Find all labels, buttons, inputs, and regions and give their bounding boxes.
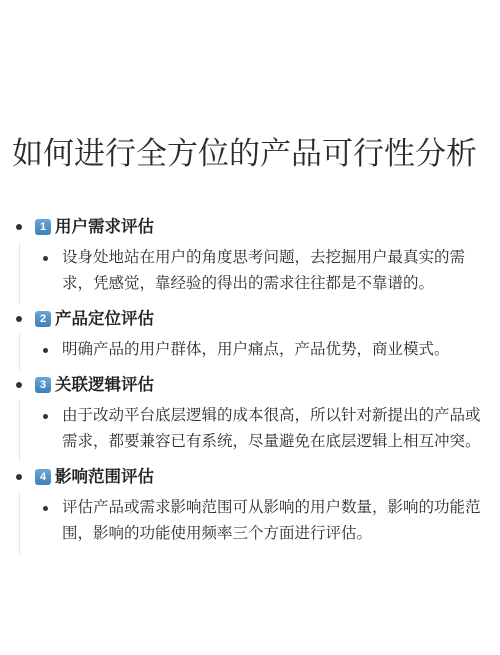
list-item: 明确产品的用户群体，用户痛点，产品优势，商业模式。 xyxy=(20,336,500,362)
section-body: 由于改动平台底层逻辑的成本很高，所以针对新提出的产品或需求，都要兼容已有系统，尽… xyxy=(19,400,500,462)
section-heading: 4 影响范围评估 xyxy=(0,462,500,492)
section-body: 明确产品的用户群体，用户痛点，产品优势，商业模式。 xyxy=(19,334,500,370)
number-3-badge-icon: 3 xyxy=(35,377,51,393)
section-heading: 1 用户需求评估 xyxy=(0,212,500,242)
number-2-badge-icon: 2 xyxy=(35,311,51,327)
list-item: 设身处地站在用户的角度思考问题，去挖掘用户最真实的需求，凭感觉，靠经验的得出的需… xyxy=(20,244,500,296)
number-1-badge-icon: 1 xyxy=(35,219,51,235)
section-title: 关联逻辑评估 xyxy=(55,373,154,397)
sub-bullet-icon xyxy=(43,414,48,419)
section-title: 用户需求评估 xyxy=(55,215,154,239)
sub-bullet-icon xyxy=(43,256,48,261)
item-text: 设身处地站在用户的角度思考问题，去挖掘用户最真实的需求，凭感觉，靠经验的得出的需… xyxy=(62,244,486,296)
list-item: 由于改动平台底层逻辑的成本很高，所以针对新提出的产品或需求，都要兼容已有系统，尽… xyxy=(20,402,500,454)
item-text: 评估产品或需求影响范围可从影响的用户数量，影响的功能范围，影响的功能使用频率三个… xyxy=(62,494,486,546)
sub-bullet-icon xyxy=(43,348,48,353)
bullet-icon xyxy=(16,316,22,322)
section-body: 评估产品或需求影响范围可从影响的用户数量，影响的功能范围，影响的功能使用频率三个… xyxy=(19,492,500,554)
bullet-icon xyxy=(16,224,22,230)
item-text: 明确产品的用户群体，用户痛点，产品优势，商业模式。 xyxy=(62,336,486,362)
section-body: 设身处地站在用户的角度思考问题，去挖掘用户最真实的需求，凭感觉，靠经验的得出的需… xyxy=(19,242,500,304)
section-positioning: 2 产品定位评估 明确产品的用户群体，用户痛点，产品优势，商业模式。 xyxy=(0,304,500,370)
evaluation-list: 1 用户需求评估 设身处地站在用户的角度思考问题，去挖掘用户最真实的需求，凭感觉… xyxy=(0,212,500,554)
section-logic: 3 关联逻辑评估 由于改动平台底层逻辑的成本很高，所以针对新提出的产品或需求，都… xyxy=(0,370,500,462)
page-title: 如何进行全方位的产品可行性分析 xyxy=(12,134,492,174)
section-title: 产品定位评估 xyxy=(55,307,154,331)
section-user-needs: 1 用户需求评估 设身处地站在用户的角度思考问题，去挖掘用户最真实的需求，凭感觉… xyxy=(0,212,500,304)
sub-bullet-icon xyxy=(43,506,48,511)
section-title: 影响范围评估 xyxy=(55,465,154,489)
item-text: 由于改动平台底层逻辑的成本很高，所以针对新提出的产品或需求，都要兼容已有系统，尽… xyxy=(62,402,486,454)
section-heading: 2 产品定位评估 xyxy=(0,304,500,334)
list-item: 评估产品或需求影响范围可从影响的用户数量，影响的功能范围，影响的功能使用频率三个… xyxy=(20,494,500,546)
number-4-badge-icon: 4 xyxy=(35,469,51,485)
bullet-icon xyxy=(16,474,22,480)
section-heading: 3 关联逻辑评估 xyxy=(0,370,500,400)
section-impact: 4 影响范围评估 评估产品或需求影响范围可从影响的用户数量，影响的功能范围，影响… xyxy=(0,462,500,554)
bullet-icon xyxy=(16,382,22,388)
